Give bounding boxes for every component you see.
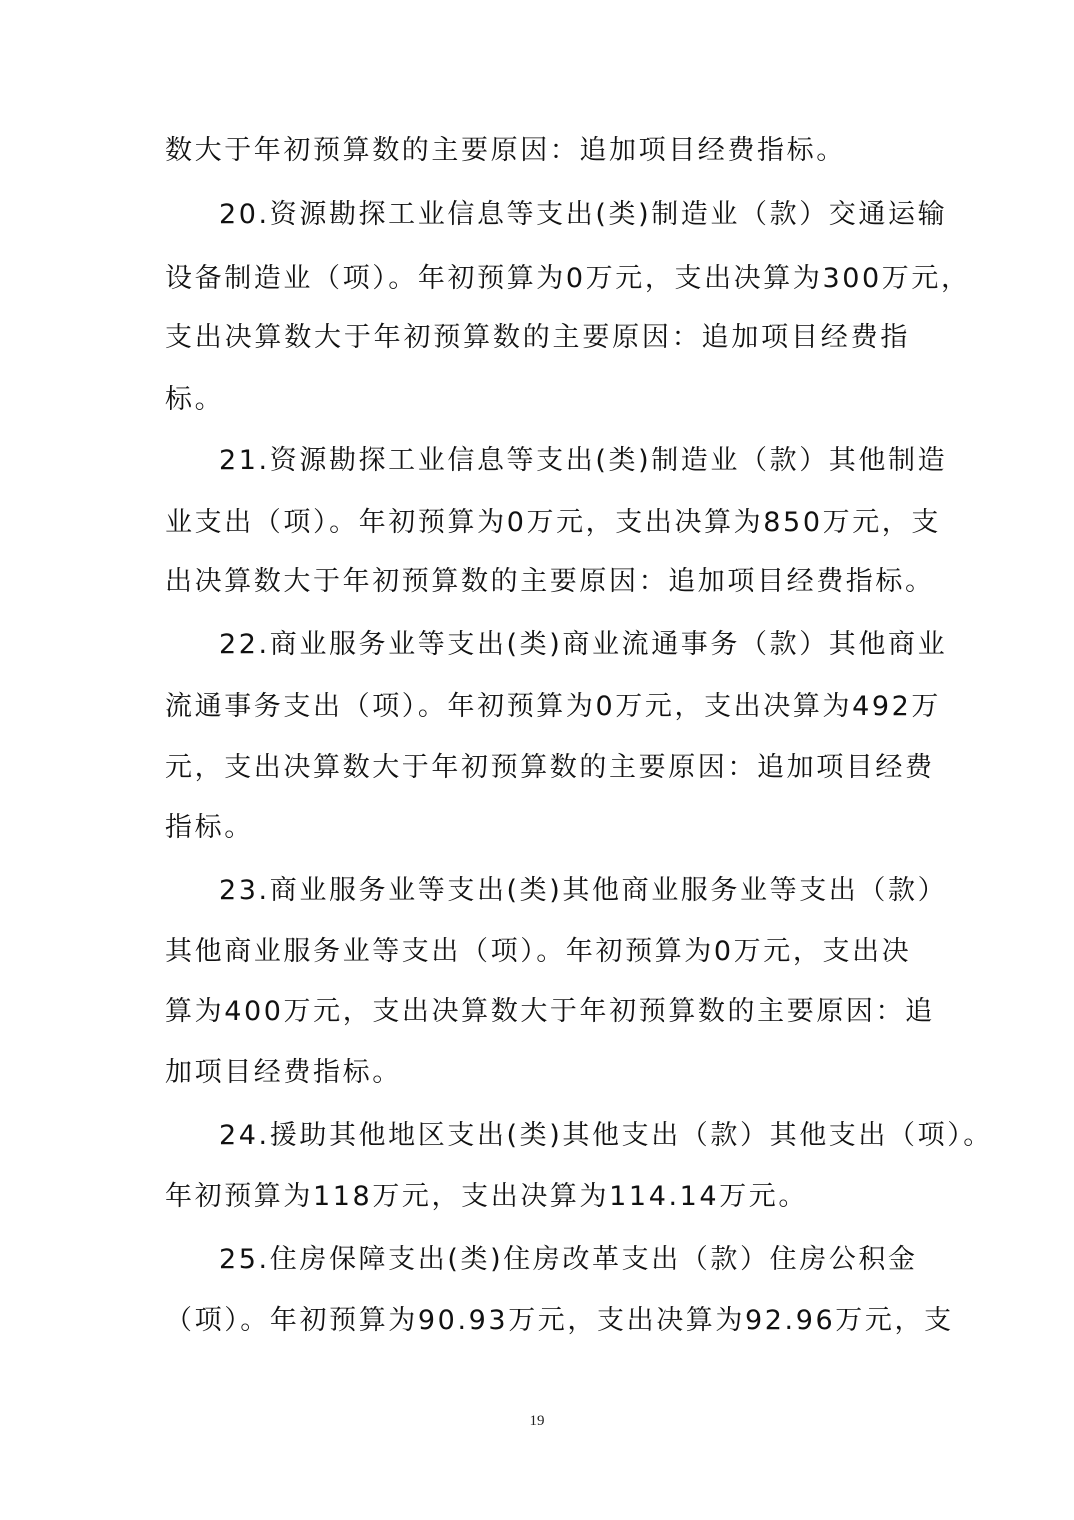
page-number: 19	[0, 1413, 1074, 1430]
paragraph-23-line-3: 算为400万元，支出决算数大于年初预算数的主要原因：追	[165, 992, 910, 1032]
paragraph-24-line-2: 年初预算为118万元，支出决算为114.14万元。	[165, 1177, 910, 1217]
document-page: 数大于年初预算数的主要原因：追加项目经费指标。 20.资源勘探工业信息等支出(类…	[0, 0, 1074, 1520]
paragraph-20-line-4: 标。	[165, 380, 910, 420]
paragraph-21-line-1: 21.资源勘探工业信息等支出(类)制造业（款）其他制造	[219, 441, 910, 481]
paragraph-21-line-2: 业支出（项）。年初预算为0万元，支出决算为850万元，支	[165, 503, 910, 543]
paragraph-25-line-1: 25.住房保障支出(类)住房改革支出（款）住房公积金	[219, 1240, 910, 1280]
paragraph-22-line-3: 元，支出决算数大于年初预算数的主要原因：追加项目经费	[165, 748, 910, 788]
paragraph-24-line-1: 24.援助其他地区支出(类)其他支出（款）其他支出（项）。	[219, 1116, 910, 1156]
paragraph-23-line-2: 其他商业服务业等支出（项）。年初预算为0万元，支出决	[165, 932, 910, 972]
paragraph-20-line-3: 支出决算数大于年初预算数的主要原因：追加项目经费指	[165, 318, 910, 358]
paragraph-25-line-2: （项）。年初预算为90.93万元，支出决算为92.96万元，支	[165, 1301, 910, 1341]
paragraph-22-line-1: 22.商业服务业等支出(类)商业流通事务（款）其他商业	[219, 625, 910, 665]
paragraph-20-line-1: 20.资源勘探工业信息等支出(类)制造业（款）交通运输	[219, 195, 910, 235]
paragraph-22-line-4: 指标。	[165, 808, 910, 848]
text-line: 数大于年初预算数的主要原因：追加项目经费指标。	[165, 131, 910, 171]
paragraph-23-line-4: 加项目经费指标。	[165, 1053, 910, 1093]
paragraph-21-line-3: 出决算数大于年初预算数的主要原因：追加项目经费指标。	[165, 562, 910, 602]
paragraph-20-line-2: 设备制造业（项）。年初预算为0万元，支出决算为300万元，	[165, 259, 910, 299]
paragraph-23-line-1: 23.商业服务业等支出(类)其他商业服务业等支出（款）	[219, 871, 910, 911]
paragraph-22-line-2: 流通事务支出（项）。年初预算为0万元，支出决算为492万	[165, 687, 910, 727]
